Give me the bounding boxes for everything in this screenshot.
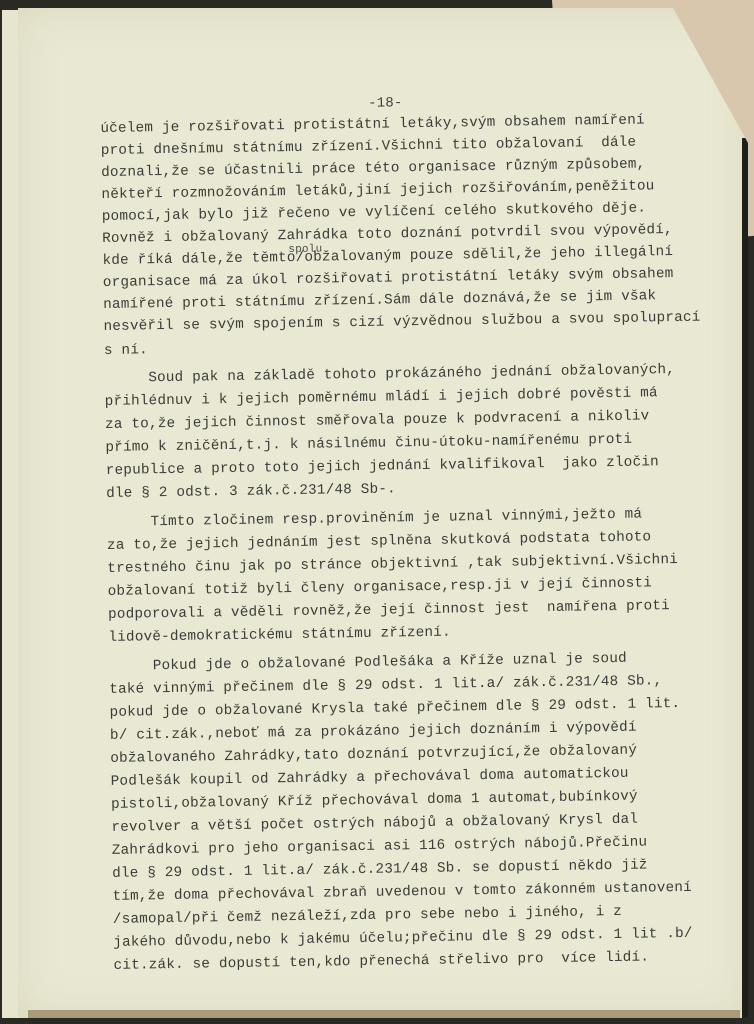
text-line: s ní. xyxy=(104,343,148,358)
page-right-edge xyxy=(742,138,748,1018)
page-number: -18- xyxy=(368,95,403,112)
page-bottom-edge xyxy=(28,1010,740,1018)
